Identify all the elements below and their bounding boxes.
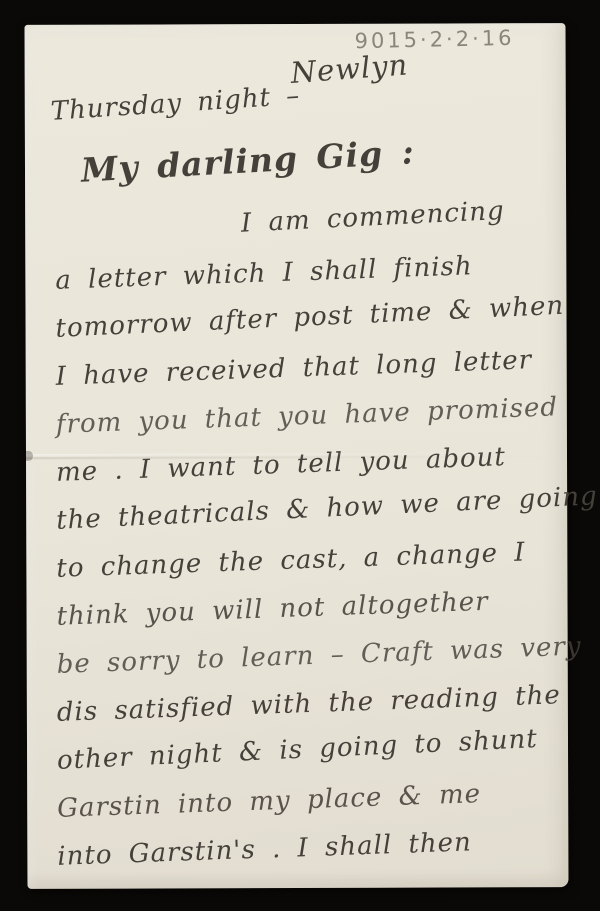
photo-background: 9015·2·2·16 Newlyn Thursday night – My d… <box>0 0 600 911</box>
paper-edge-nick <box>24 451 33 461</box>
salutation: My darling Gig : <box>80 132 416 190</box>
letter-page: 9015·2·2·16 Newlyn Thursday night – My d… <box>24 23 568 889</box>
letter-body: I am commencing a letter which I shall f… <box>55 207 562 881</box>
date-line: Thursday night – <box>50 81 301 127</box>
place-line: Newlyn <box>289 47 409 90</box>
